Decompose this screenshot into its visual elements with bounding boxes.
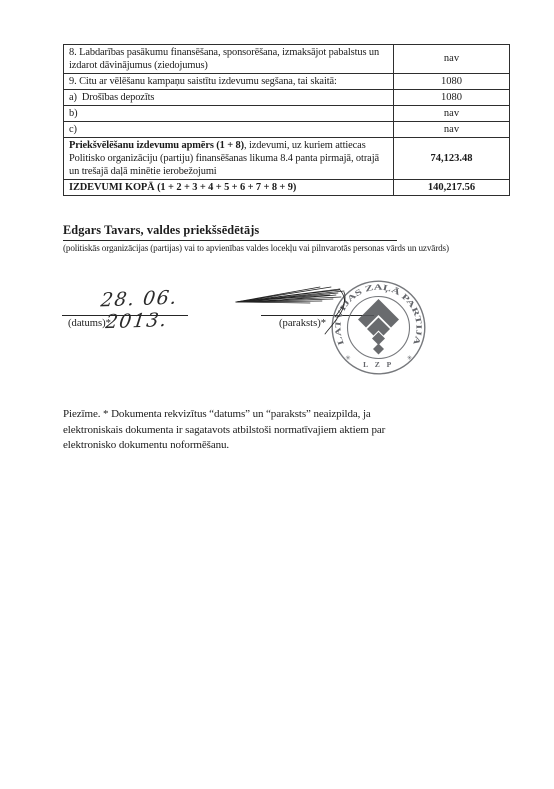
table-row: c)nav bbox=[64, 121, 509, 137]
row-label: IZDEVUMI KOPĀ (1 + 2 + 3 + 4 + 5 + 6 + 7… bbox=[64, 180, 394, 195]
row-value: 1080 bbox=[394, 90, 509, 105]
note-line: elektroniskais dokumenta ir sagatavots a… bbox=[63, 423, 453, 439]
scanned-declaration-page: 8. Labdarības pasākumu finansēšana, spon… bbox=[0, 0, 554, 789]
row-label: 8. Labdarības pasākumu finansēšana, spon… bbox=[64, 45, 394, 73]
row-value: 1080 bbox=[394, 74, 509, 89]
date-underline bbox=[62, 315, 188, 316]
note-line: Piezīme. * Dokumenta rekvizītus “datums”… bbox=[63, 407, 453, 423]
table-row: 9. Citu ar vēlēšanu kampaņu saistītu izd… bbox=[64, 73, 509, 89]
stamp-bottom-text: L Z P bbox=[363, 360, 394, 369]
signatory-caption: (politiskās organizācijas (partijas) vai… bbox=[63, 243, 483, 253]
table-row: 8. Labdarības pasākumu finansēšana, spon… bbox=[64, 45, 509, 73]
row-label: 9. Citu ar vēlēšanu kampaņu saistītu izd… bbox=[64, 74, 394, 89]
row-label: b) bbox=[64, 106, 394, 121]
stamp-ornament-icon: ✳ bbox=[407, 354, 413, 362]
note-line: elektronisko dokumentu noformēšanu. bbox=[63, 438, 453, 454]
row-value: nav bbox=[394, 122, 509, 137]
row-label: c) bbox=[64, 122, 394, 137]
date-caption: (datums)* bbox=[68, 318, 111, 329]
party-logo-icon bbox=[358, 299, 399, 355]
signatory-name: Edgars Tavars, valdes priekšsēdētājs bbox=[63, 223, 397, 241]
footnote: Piezīme. * Dokumenta rekvizītus “datums”… bbox=[63, 407, 453, 454]
row-label: a) Drošības depozīts bbox=[64, 90, 394, 105]
row-value: nav bbox=[394, 106, 509, 121]
table-row: a) Drošības depozīts1080 bbox=[64, 89, 509, 105]
row-value: nav bbox=[394, 45, 509, 73]
stamp-ornament-icon: ✳ bbox=[345, 354, 351, 362]
row-value: 140,217.56 bbox=[394, 180, 509, 195]
row-value: 74,123.48 bbox=[394, 138, 509, 179]
expenses-table: 8. Labdarības pasākumu finansēšana, spon… bbox=[63, 44, 510, 196]
table-row: IZDEVUMI KOPĀ (1 + 2 + 3 + 4 + 5 + 6 + 7… bbox=[64, 179, 509, 195]
signature-scribble bbox=[228, 276, 358, 338]
table-row: Priekšvēlēšanu izdevumu apmērs (1 + 8), … bbox=[64, 137, 509, 179]
row-label: Priekšvēlēšanu izdevumu apmērs (1 + 8), … bbox=[64, 138, 394, 179]
table-row: b)nav bbox=[64, 105, 509, 121]
